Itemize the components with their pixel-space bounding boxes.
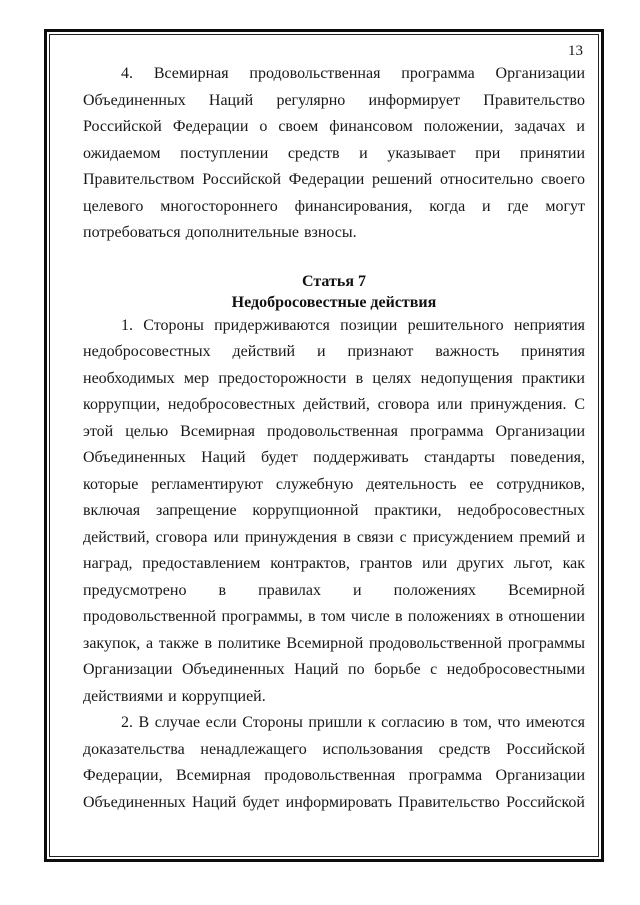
paragraph-4: 4. Всемирная продовольственная программа… [83,61,585,247]
article-7-title: Статья 7 [83,271,585,292]
page-number: 13 [83,41,585,61]
paragraph-1: 1. Стороны придерживаются позиции решите… [83,313,585,711]
paragraph-2: 2. В случае если Стороны пришли к соглас… [83,710,585,816]
page-frame: 13 4. Всемирная продовольственная програ… [44,29,604,862]
page-frame-inner: 13 4. Всемирная продовольственная програ… [49,34,599,857]
article-7-heading: Статья 7 Недобросовестные действия [83,271,585,313]
article-7-subtitle: Недобросовестные действия [83,292,585,313]
